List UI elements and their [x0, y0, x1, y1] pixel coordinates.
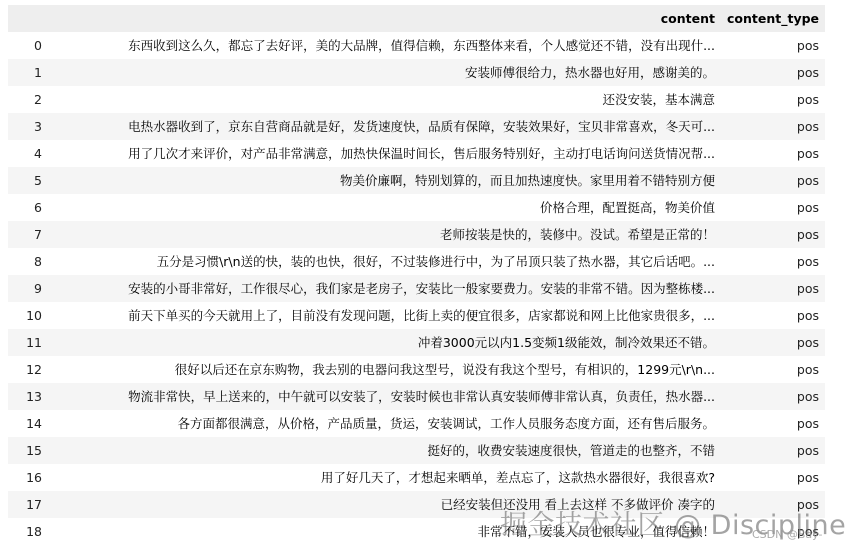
- row-content-type: pos: [721, 329, 825, 356]
- table-row: 9安装的小哥非常好，工作很尽心，我们家是老房子，安装比一般家要费力。安装的非常不…: [8, 275, 825, 302]
- row-content-type: pos: [721, 491, 825, 518]
- row-index: 6: [8, 194, 48, 221]
- row-index: 8: [8, 248, 48, 275]
- row-content: 安装师傅很给力，热水器也好用，感谢美的。: [48, 59, 721, 86]
- row-content: 还没安装，基本满意: [48, 86, 721, 113]
- row-content: 价格合理，配置挺高，物美价值: [48, 194, 721, 221]
- row-index: 0: [8, 32, 48, 59]
- row-content: 前天下单买的今天就用上了，目前没有发现问题，比街上卖的便宜很多，店家都说和网上比…: [48, 302, 721, 329]
- row-index: 17: [8, 491, 48, 518]
- row-content: 冲着3000元以内1.5变频1级能效，制冷效果还不错。: [48, 329, 721, 356]
- table-row: 12很好以后还在京东购物，我去别的电器问我这型号，说没有我这个型号，有相识的，1…: [8, 356, 825, 383]
- row-index: 16: [8, 464, 48, 491]
- dataframe-output: content content_type 0东西收到这么久，都忘了去好评，美的大…: [8, 5, 825, 545]
- row-content: 五分是习惯\r\n送的快，装的也快，很好，不过装修进行中，为了吊顶只装了热水器，…: [48, 248, 721, 275]
- row-content-type: pos: [721, 113, 825, 140]
- row-index: 13: [8, 383, 48, 410]
- row-content-type: pos: [721, 410, 825, 437]
- row-content-type: pos: [721, 140, 825, 167]
- table-row: 5物美价廉啊，特别划算的，而且加热速度快。家里用着不错特别方便pos: [8, 167, 825, 194]
- row-content-type: pos: [721, 275, 825, 302]
- row-index: 9: [8, 275, 48, 302]
- table-header-row: content content_type: [8, 5, 825, 32]
- table-row: 14各方面都很满意，从价格，产品质量，货运，安装调试，工作人员服务态度方面，还有…: [8, 410, 825, 437]
- table-row: 15挺好的，收费安装速度很快，管道走的也整齐，不错pos: [8, 437, 825, 464]
- row-index: 5: [8, 167, 48, 194]
- row-content-type: pos: [721, 86, 825, 113]
- table-row: 0东西收到这么久，都忘了去好评，美的大品牌，值得信赖，东西整体来看，个人感觉还不…: [8, 32, 825, 59]
- row-index: 18: [8, 518, 48, 545]
- table-row: 16用了好几天了，才想起来晒单，差点忘了，这款热水器很好，我很喜欢?pos: [8, 464, 825, 491]
- row-content-type: pos: [721, 194, 825, 221]
- content-type-header: content_type: [721, 5, 825, 32]
- row-content-type: pos: [721, 32, 825, 59]
- row-content-type: pos: [721, 248, 825, 275]
- table-row: 1安装师傅很给力，热水器也好用，感谢美的。pos: [8, 59, 825, 86]
- table-row: 8五分是习惯\r\n送的快，装的也快，很好，不过装修进行中，为了吊顶只装了热水器…: [8, 248, 825, 275]
- row-index: 1: [8, 59, 48, 86]
- row-index: 11: [8, 329, 48, 356]
- dataframe-table: content content_type 0东西收到这么久，都忘了去好评，美的大…: [8, 5, 825, 545]
- row-content: 老师按装是快的，装修中。没试。希望是正常的！: [48, 221, 721, 248]
- table-row: 18非常不错，安装人员也很专业，值得信赖！pos: [8, 518, 825, 545]
- row-content: 电热水器收到了，京东自营商品就是好，发货速度快，品质有保障，安装效果好，宝贝非常…: [48, 113, 721, 140]
- row-content-type: pos: [721, 383, 825, 410]
- row-content: 安装的小哥非常好，工作很尽心，我们家是老房子，安装比一般家要费力。安装的非常不错…: [48, 275, 721, 302]
- index-header: [8, 5, 48, 32]
- table-row: 7老师按装是快的，装修中。没试。希望是正常的！pos: [8, 221, 825, 248]
- row-content-type: pos: [721, 167, 825, 194]
- row-index: 3: [8, 113, 48, 140]
- row-index: 10: [8, 302, 48, 329]
- row-content-type: pos: [721, 302, 825, 329]
- row-content: 很好以后还在京东购物，我去别的电器问我这型号，说没有我这个型号，有相识的，129…: [48, 356, 721, 383]
- row-content-type: pos: [721, 464, 825, 491]
- row-content: 挺好的，收费安装速度很快，管道走的也整齐，不错: [48, 437, 721, 464]
- row-content: 物美价廉啊，特别划算的，而且加热速度快。家里用着不错特别方便: [48, 167, 721, 194]
- row-content: 用了几次才来评价，对产品非常满意，加热快保温时间长，售后服务特别好，主动打电话询…: [48, 140, 721, 167]
- table-row: 13物流非常快，早上送来的，中午就可以安装了，安装时候也非常认真安装师傅非常认真…: [8, 383, 825, 410]
- table-row: 6价格合理，配置挺高，物美价值pos: [8, 194, 825, 221]
- row-content-type: pos: [721, 221, 825, 248]
- row-content-type: pos: [721, 356, 825, 383]
- table-row: 17已经安装但还没用 看上去这样 不多做评价 凑字的pos: [8, 491, 825, 518]
- row-index: 4: [8, 140, 48, 167]
- table-row: 3电热水器收到了，京东自营商品就是好，发货速度快，品质有保障，安装效果好，宝贝非…: [8, 113, 825, 140]
- row-index: 12: [8, 356, 48, 383]
- row-content: 用了好几天了，才想起来晒单，差点忘了，这款热水器很好，我很喜欢?: [48, 464, 721, 491]
- content-header: content: [48, 5, 721, 32]
- row-index: 7: [8, 221, 48, 248]
- row-content: 已经安装但还没用 看上去这样 不多做评价 凑字的: [48, 491, 721, 518]
- row-content-type: pos: [721, 437, 825, 464]
- row-content: 东西收到这么久，都忘了去好评，美的大品牌，值得信赖，东西整体来看，个人感觉还不错…: [48, 32, 721, 59]
- row-content: 各方面都很满意，从价格，产品质量，货运，安装调试，工作人员服务态度方面，还有售后…: [48, 410, 721, 437]
- table-row: 11冲着3000元以内1.5变频1级能效，制冷效果还不错。pos: [8, 329, 825, 356]
- row-content: 物流非常快，早上送来的，中午就可以安装了，安装时候也非常认真安装师傅非常认真，负…: [48, 383, 721, 410]
- table-row: 4用了几次才来评价，对产品非常满意，加热快保温时间长，售后服务特别好，主动打电话…: [8, 140, 825, 167]
- row-index: 15: [8, 437, 48, 464]
- row-index: 14: [8, 410, 48, 437]
- row-content-type: pos: [721, 59, 825, 86]
- table-row: 2还没安装，基本满意pos: [8, 86, 825, 113]
- table-row: 10前天下单买的今天就用上了，目前没有发现问题，比街上卖的便宜很多，店家都说和网…: [8, 302, 825, 329]
- row-content: 非常不错，安装人员也很专业，值得信赖！: [48, 518, 721, 545]
- row-index: 2: [8, 86, 48, 113]
- row-content-type: pos: [721, 518, 825, 545]
